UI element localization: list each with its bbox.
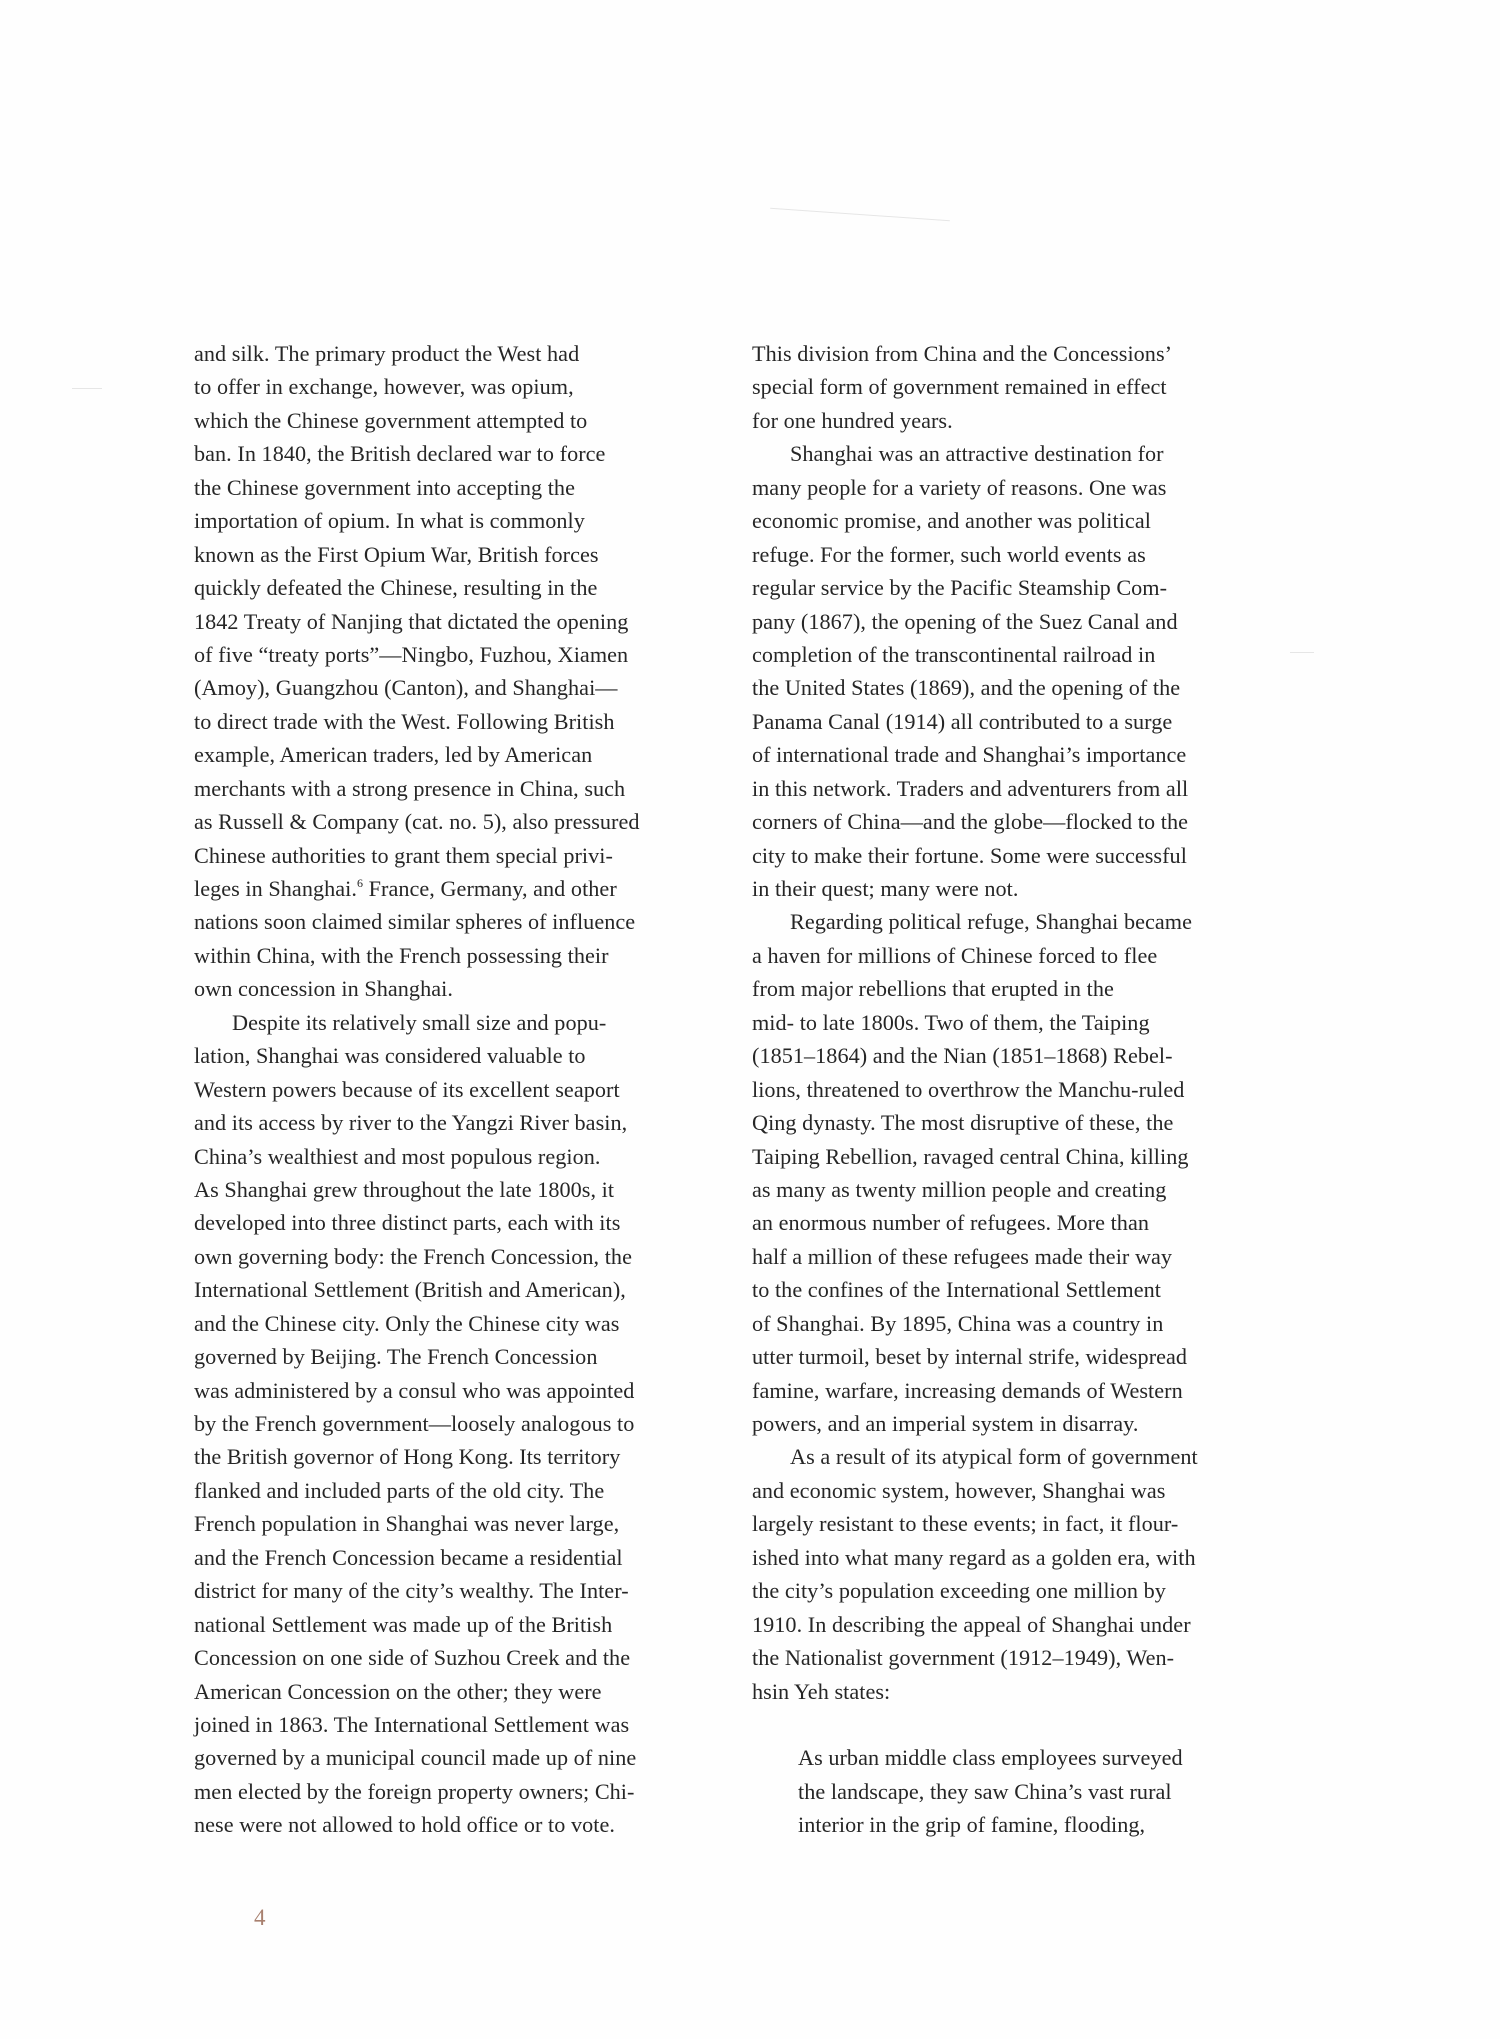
- text-line: and silk. The primary product the West h…: [194, 337, 754, 370]
- text-line: ban. In 1840, the British declared war t…: [194, 437, 754, 470]
- text-line: China’s wealthiest and most populous reg…: [194, 1140, 754, 1173]
- text-line: district for many of the city’s wealthy.…: [194, 1574, 754, 1607]
- text-line: and the French Concession became a resid…: [194, 1541, 754, 1574]
- text-line: corners of China—and the globe—flocked t…: [752, 805, 1312, 838]
- scan-artifact: [72, 388, 102, 389]
- text-line: many people for a variety of reasons. On…: [752, 471, 1312, 504]
- paragraph-start-line: As a result of its atypical form of gove…: [752, 1440, 1312, 1473]
- text-line: governed by a municipal council made up …: [194, 1741, 754, 1774]
- text-line: and its access by river to the Yangzi Ri…: [194, 1106, 754, 1139]
- text-line: which the Chinese government attempted t…: [194, 404, 754, 437]
- text-line: men elected by the foreign property owne…: [194, 1775, 754, 1808]
- text-line: half a million of these refugees made th…: [752, 1240, 1312, 1273]
- text-line: city to make their fortune. Some were su…: [752, 839, 1312, 872]
- quote-line: the landscape, they saw China’s vast rur…: [752, 1775, 1312, 1808]
- text-line: example, American traders, led by Americ…: [194, 738, 754, 771]
- document-page: and silk. The primary product the West h…: [0, 0, 1500, 2039]
- text-line: as Russell & Company (cat. no. 5), also …: [194, 805, 754, 838]
- text-line: an enormous number of refugees. More tha…: [752, 1206, 1312, 1239]
- text-line: Qing dynasty. The most disruptive of the…: [752, 1106, 1312, 1139]
- text-line: utter turmoil, beset by internal strife,…: [752, 1340, 1312, 1373]
- quote-line: As urban middle class employees surveyed: [752, 1741, 1312, 1774]
- text-line: famine, warfare, increasing demands of W…: [752, 1374, 1312, 1407]
- text-line: regular service by the Pacific Steamship…: [752, 571, 1312, 604]
- text-line: American Concession on the other; they w…: [194, 1675, 754, 1708]
- text-line: the British governor of Hong Kong. Its t…: [194, 1440, 754, 1473]
- text-line: This division from China and the Concess…: [752, 337, 1312, 370]
- text-line: of Shanghai. By 1895, China was a countr…: [752, 1307, 1312, 1340]
- text-line: to the confines of the International Set…: [752, 1273, 1312, 1306]
- text-line: mid- to late 1800s. Two of them, the Tai…: [752, 1006, 1312, 1039]
- text-line: 1910. In describing the appeal of Shangh…: [752, 1608, 1312, 1641]
- text-line: (1851–1864) and the Nian (1851–1868) Reb…: [752, 1039, 1312, 1072]
- text-line: flanked and included parts of the old ci…: [194, 1474, 754, 1507]
- text-line: nations soon claimed similar spheres of …: [194, 905, 754, 938]
- text-line: Western powers because of its excellent …: [194, 1073, 754, 1106]
- text-line: powers, and an imperial system in disarr…: [752, 1407, 1312, 1440]
- text-line: ished into what many regard as a golden …: [752, 1541, 1312, 1574]
- text-line: Taiping Rebellion, ravaged central China…: [752, 1140, 1312, 1173]
- line-text-continued: France, Germany, and other: [363, 876, 617, 901]
- text-line: 1842 Treaty of Nanjing that dictated the…: [194, 605, 754, 638]
- text-line: economic promise, and another was politi…: [752, 504, 1312, 537]
- text-line: the Chinese government into accepting th…: [194, 471, 754, 504]
- paragraph-start-line: Shanghai was an attractive destination f…: [752, 437, 1312, 470]
- text-line: to offer in exchange, however, was opium…: [194, 370, 754, 403]
- text-line-with-footnote: leges in Shanghai.6 France, Germany, and…: [194, 872, 754, 905]
- scan-artifact: [770, 208, 950, 222]
- text-line: lation, Shanghai was considered valuable…: [194, 1039, 754, 1072]
- text-line: French population in Shanghai was never …: [194, 1507, 754, 1540]
- text-line: quickly defeated the Chinese, resulting …: [194, 571, 754, 604]
- text-line: hsin Yeh states:: [752, 1675, 1312, 1708]
- text-line: within China, with the French possessing…: [194, 939, 754, 972]
- text-line: national Settlement was made up of the B…: [194, 1608, 754, 1641]
- text-line: governed by Beijing. The French Concessi…: [194, 1340, 754, 1373]
- text-line: special form of government remained in e…: [752, 370, 1312, 403]
- blockquote-spacer: [752, 1708, 1312, 1741]
- text-line: and economic system, however, Shanghai w…: [752, 1474, 1312, 1507]
- text-line: importation of opium. In what is commonl…: [194, 504, 754, 537]
- line-text: leges in Shanghai.: [194, 876, 357, 901]
- text-line: of five “treaty ports”—Ningbo, Fuzhou, X…: [194, 638, 754, 671]
- text-line: largely resistant to these events; in fa…: [752, 1507, 1312, 1540]
- text-line: a haven for millions of Chinese forced t…: [752, 939, 1312, 972]
- paragraph-start-line: Regarding political refuge, Shanghai bec…: [752, 905, 1312, 938]
- text-line: in their quest; many were not.: [752, 872, 1312, 905]
- text-line: was administered by a consul who was app…: [194, 1374, 754, 1407]
- text-line: as many as twenty million people and cre…: [752, 1173, 1312, 1206]
- page-number: 4: [254, 1905, 266, 1931]
- text-line: own concession in Shanghai.: [194, 972, 754, 1005]
- text-line: merchants with a strong presence in Chin…: [194, 772, 754, 805]
- text-line: by the French government—loosely analogo…: [194, 1407, 754, 1440]
- text-line: developed into three distinct parts, eac…: [194, 1206, 754, 1239]
- right-column: This division from China and the Concess…: [752, 337, 1312, 1842]
- text-line: in this network. Traders and adventurers…: [752, 772, 1312, 805]
- text-line: the city’s population exceeding one mill…: [752, 1574, 1312, 1607]
- text-line: the Nationalist government (1912–1949), …: [752, 1641, 1312, 1674]
- left-column: and silk. The primary product the West h…: [194, 337, 754, 1842]
- text-line: completion of the transcontinental railr…: [752, 638, 1312, 671]
- text-line: of international trade and Shanghai’s im…: [752, 738, 1312, 771]
- text-line: Panama Canal (1914) all contributed to a…: [752, 705, 1312, 738]
- text-line: joined in 1863. The International Settle…: [194, 1708, 754, 1741]
- quote-line: interior in the grip of famine, flooding…: [752, 1808, 1312, 1841]
- text-line: As Shanghai grew throughout the late 180…: [194, 1173, 754, 1206]
- text-line: Concession on one side of Suzhou Creek a…: [194, 1641, 754, 1674]
- text-line: (Amoy), Guangzhou (Canton), and Shanghai…: [194, 671, 754, 704]
- text-line: and the Chinese city. Only the Chinese c…: [194, 1307, 754, 1340]
- text-line: own governing body: the French Concessio…: [194, 1240, 754, 1273]
- paragraph-start-line: Despite its relatively small size and po…: [194, 1006, 754, 1039]
- text-line: International Settlement (British and Am…: [194, 1273, 754, 1306]
- text-line: lions, threatened to overthrow the Manch…: [752, 1073, 1312, 1106]
- text-line: nese were not allowed to hold office or …: [194, 1808, 754, 1841]
- block-quote: As urban middle class employees surveyed…: [752, 1741, 1312, 1841]
- text-line: for one hundred years.: [752, 404, 1312, 437]
- text-line: from major rebellions that erupted in th…: [752, 972, 1312, 1005]
- text-line: known as the First Opium War, British fo…: [194, 538, 754, 571]
- text-line: Chinese authorities to grant them specia…: [194, 839, 754, 872]
- text-line: refuge. For the former, such world event…: [752, 538, 1312, 571]
- text-line: to direct trade with the West. Following…: [194, 705, 754, 738]
- text-line: the United States (1869), and the openin…: [752, 671, 1312, 704]
- text-line: pany (1867), the opening of the Suez Can…: [752, 605, 1312, 638]
